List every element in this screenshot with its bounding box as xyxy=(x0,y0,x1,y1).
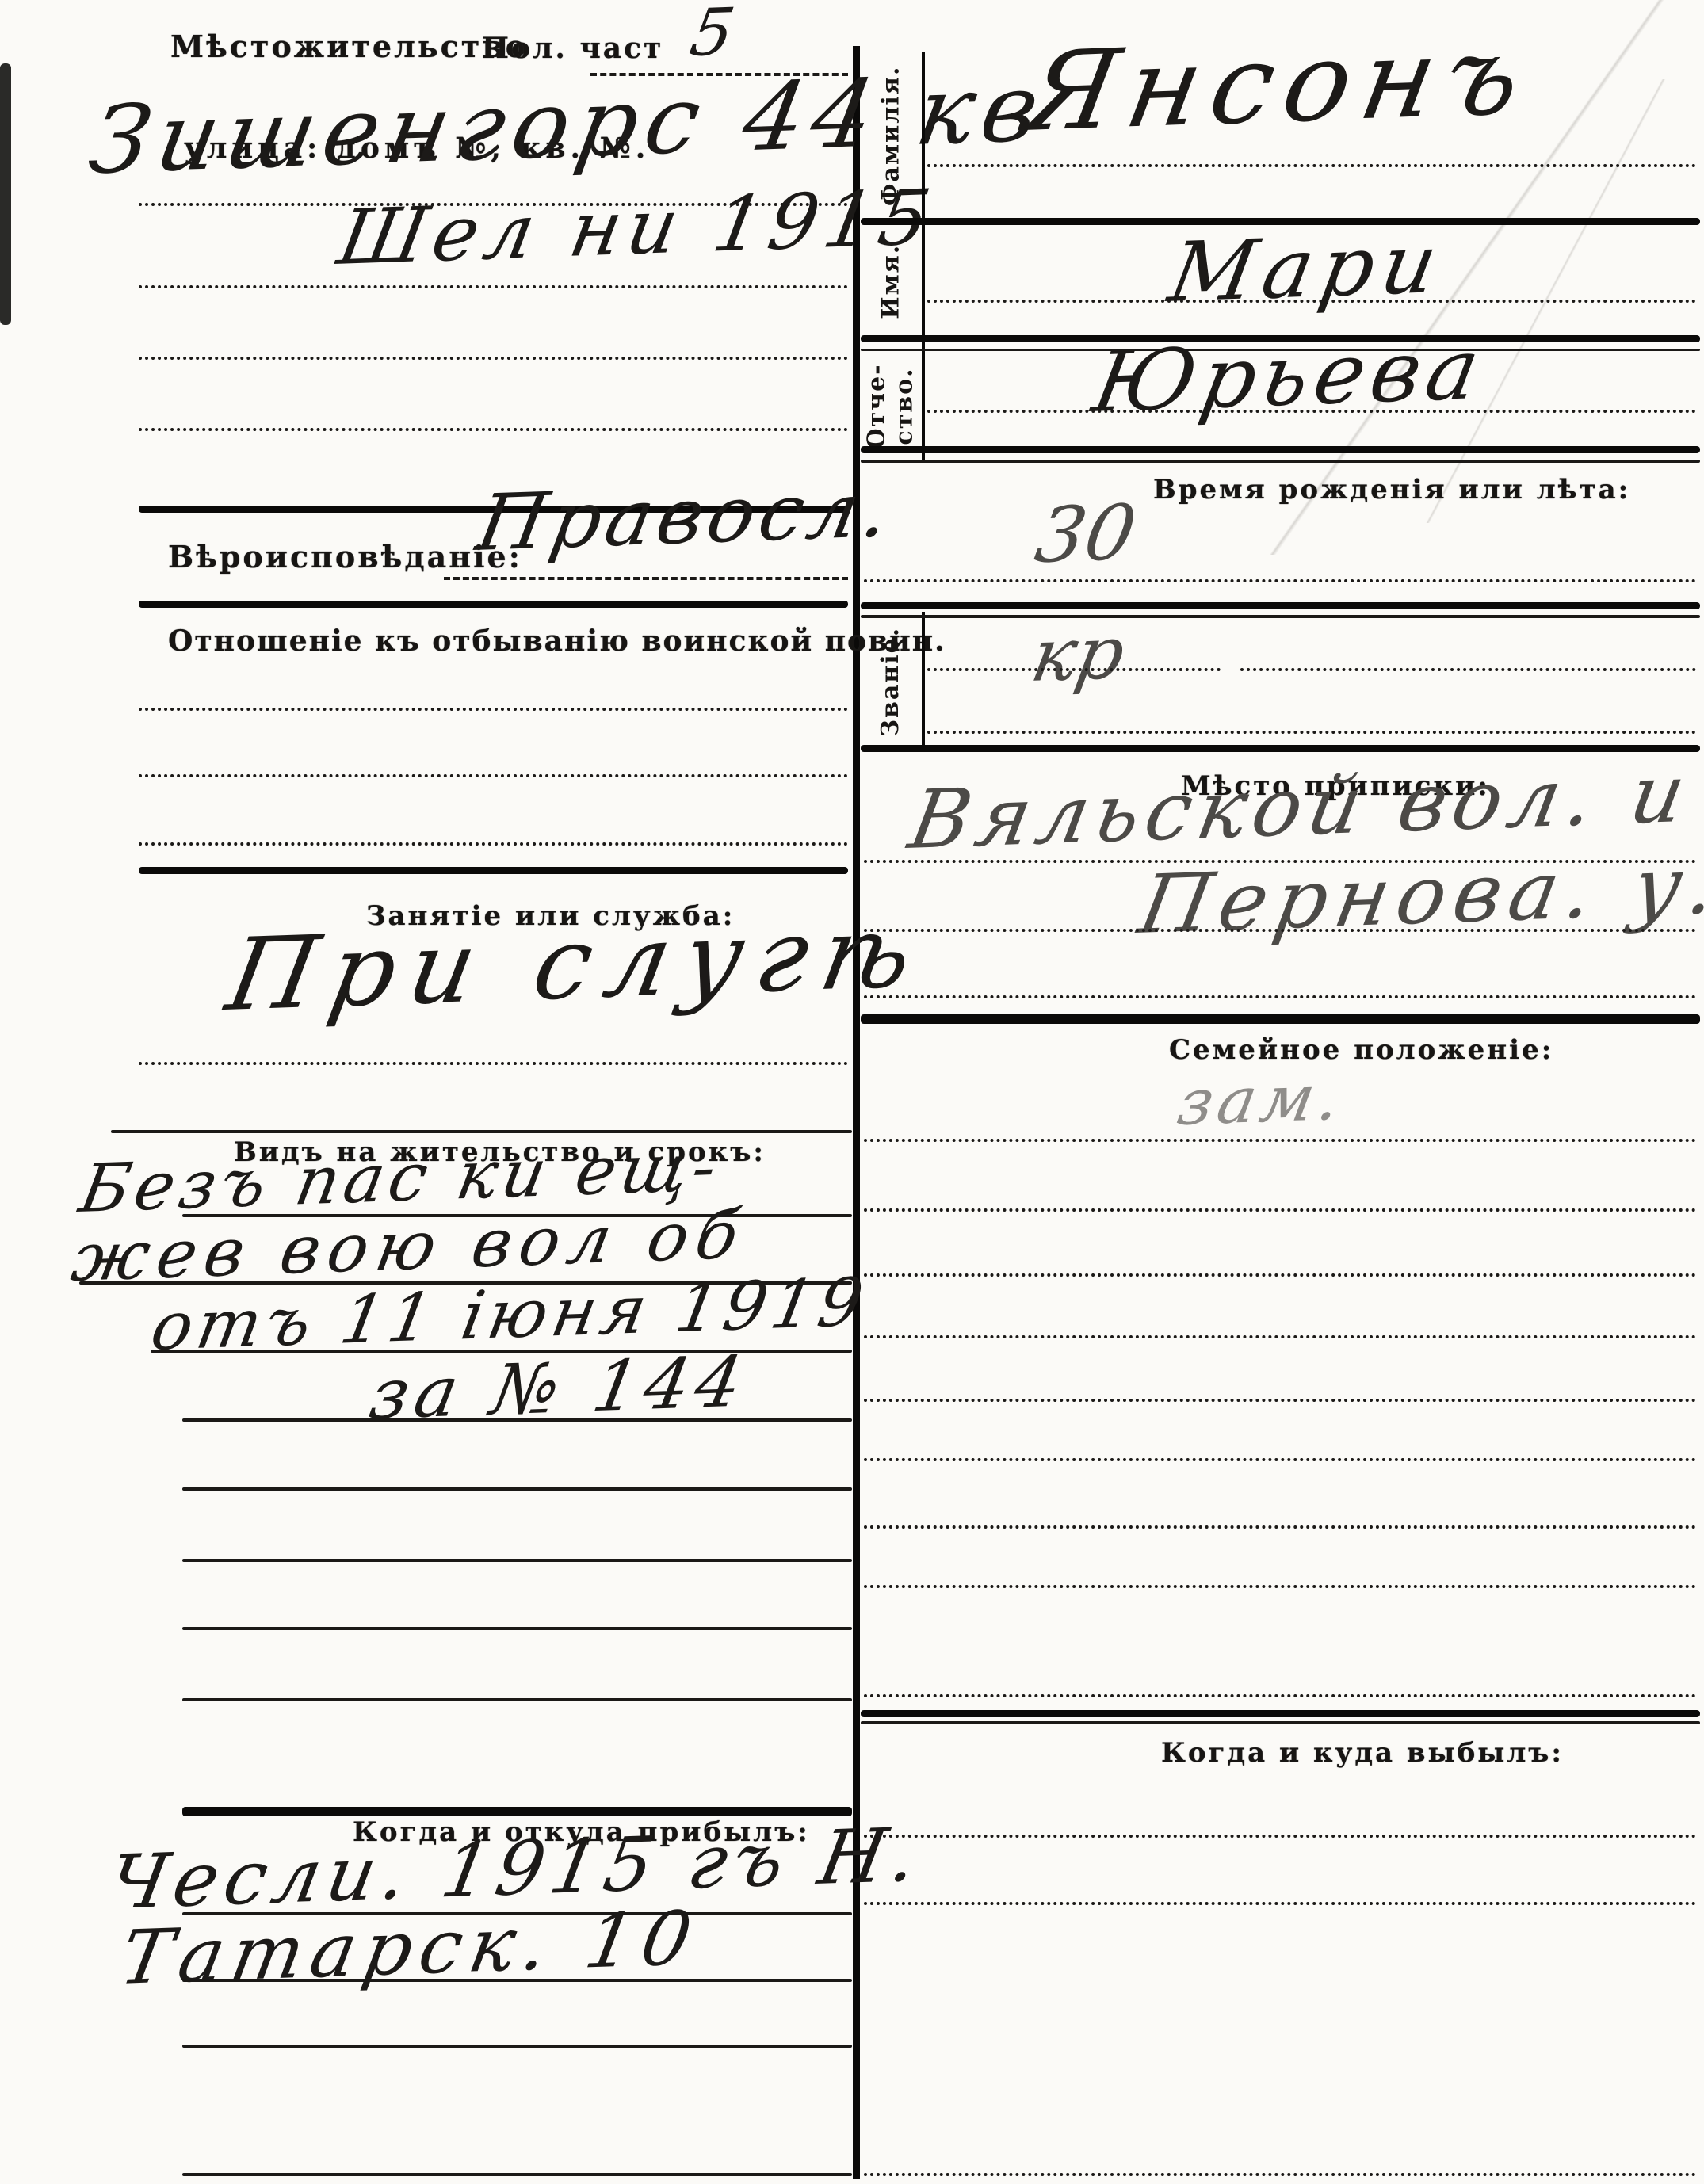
departed-top-bar-2 xyxy=(861,1721,1700,1724)
right-empty-rule-6 xyxy=(864,1585,1696,1588)
right-empty-rule-4 xyxy=(864,1458,1696,1461)
left-empty-rule-5 xyxy=(182,1698,852,1701)
address-rule-3 xyxy=(139,357,848,360)
patronymic-bottom-bar xyxy=(861,446,1700,453)
police-part-value-handwriting: 5 xyxy=(686,0,739,67)
departed-rule-2 xyxy=(864,1902,1696,1905)
family-status-value-handwriting: зам. xyxy=(1173,1066,1350,1135)
patronymic-label-line2: ство. xyxy=(892,363,919,449)
military-rule-3 xyxy=(139,842,848,846)
scan-edge-mark xyxy=(0,63,11,325)
section-bar xyxy=(182,1807,852,1816)
permit-handwriting-line4: за № 144 xyxy=(365,1347,753,1430)
surname-rule xyxy=(927,164,1696,167)
registration-bottom-bar xyxy=(861,1014,1700,1024)
rank-rule-1b xyxy=(1240,668,1696,671)
left-empty-rule-4 xyxy=(182,1627,852,1630)
right-empty-rule-7 xyxy=(864,1694,1696,1697)
surname-label-cell: Фамилія. xyxy=(861,52,922,220)
right-empty-rule-5 xyxy=(864,1525,1696,1529)
departed-rule-1 xyxy=(864,1835,1696,1838)
section-bar xyxy=(139,867,848,874)
surname-value-handwriting: Янсонъ xyxy=(1018,21,1540,147)
left-empty-rule-2 xyxy=(182,1487,852,1491)
patronymic-label: Отче- ство. xyxy=(864,363,919,449)
patronymic-bottom-bar-2 xyxy=(861,460,1700,463)
birth-bottom-bar-2 xyxy=(861,615,1700,618)
registration-card-scan: Мѣстожительство Пол. част 5 улица: домъ … xyxy=(0,0,1704,2184)
residence-label: Мѣстожительство xyxy=(170,29,528,64)
right-empty-rule-2 xyxy=(864,1335,1696,1338)
left-empty-rule-1 xyxy=(182,1418,852,1422)
bottom-rule-right xyxy=(864,2173,1696,2176)
patronymic-rule xyxy=(927,410,1696,413)
arrived-handwriting-line2: Татарск. 10 xyxy=(115,1902,705,1996)
birth-age-label: Время рожденія или лѣта: xyxy=(1153,474,1630,506)
bottom-rule-left xyxy=(182,2173,852,2176)
right-empty-rule-1 xyxy=(864,1273,1696,1277)
birth-bottom-bar xyxy=(861,602,1700,609)
address-rule-4 xyxy=(139,428,848,431)
label-strip-line-upper xyxy=(922,52,925,460)
address-handwriting-line2: Шел ни 1915 xyxy=(333,179,942,276)
departed-label: Когда и куда выбылъ: xyxy=(1161,1737,1564,1769)
military-rule-2 xyxy=(139,774,848,777)
left-empty-rule-3 xyxy=(182,1559,852,1562)
police-part-label: Пол. част xyxy=(482,32,663,65)
religion-rule xyxy=(444,577,848,580)
rank-label: Званіе. xyxy=(877,627,905,737)
religion-value-handwriting: Правосл. xyxy=(472,471,900,563)
registration-rule-3 xyxy=(864,995,1696,998)
firstname-label: Имя. xyxy=(877,243,905,319)
address-rule-2 xyxy=(139,285,848,288)
rank-value-handwriting: кр xyxy=(1026,617,1130,693)
occupation-value-handwriting: При слугѣ xyxy=(220,902,934,1025)
right-empty-rule-3 xyxy=(864,1399,1696,1402)
religion-label: Вѣроисповѣданіе: xyxy=(168,539,522,575)
birth-age-rule xyxy=(864,579,1696,582)
rank-rule-1a xyxy=(927,668,1221,671)
registration-rule-2 xyxy=(864,929,1696,932)
section-bar xyxy=(139,601,848,608)
firstname-rule xyxy=(927,300,1696,303)
family-status-label: Семейное положеніе: xyxy=(1169,1034,1553,1066)
rank-label-cell: Званіе. xyxy=(861,617,922,746)
label-strip-line-rank xyxy=(922,612,925,748)
arrived-rule-3 xyxy=(182,2045,852,2048)
occupation-rule-1 xyxy=(139,1062,848,1065)
rank-rule-2 xyxy=(927,731,1696,734)
patronymic-label-line1: Отче- xyxy=(864,363,892,449)
firstname-label-cell: Имя. xyxy=(861,226,922,337)
surname-label: Фамилія. xyxy=(877,65,905,205)
birth-age-value-handwriting: 30 xyxy=(1030,494,1141,574)
military-service-label: Отношеніе къ отбыванію воинской повин. xyxy=(168,624,946,658)
patronymic-label-cell: Отче- ство. xyxy=(861,351,922,460)
family-rule-2 xyxy=(864,1208,1696,1212)
departed-top-bar xyxy=(861,1710,1700,1717)
occupation-rule-2 xyxy=(111,1130,852,1133)
arrived-rule-2 xyxy=(182,1979,852,1982)
military-rule-1 xyxy=(139,708,848,711)
family-rule-1 xyxy=(864,1139,1696,1142)
